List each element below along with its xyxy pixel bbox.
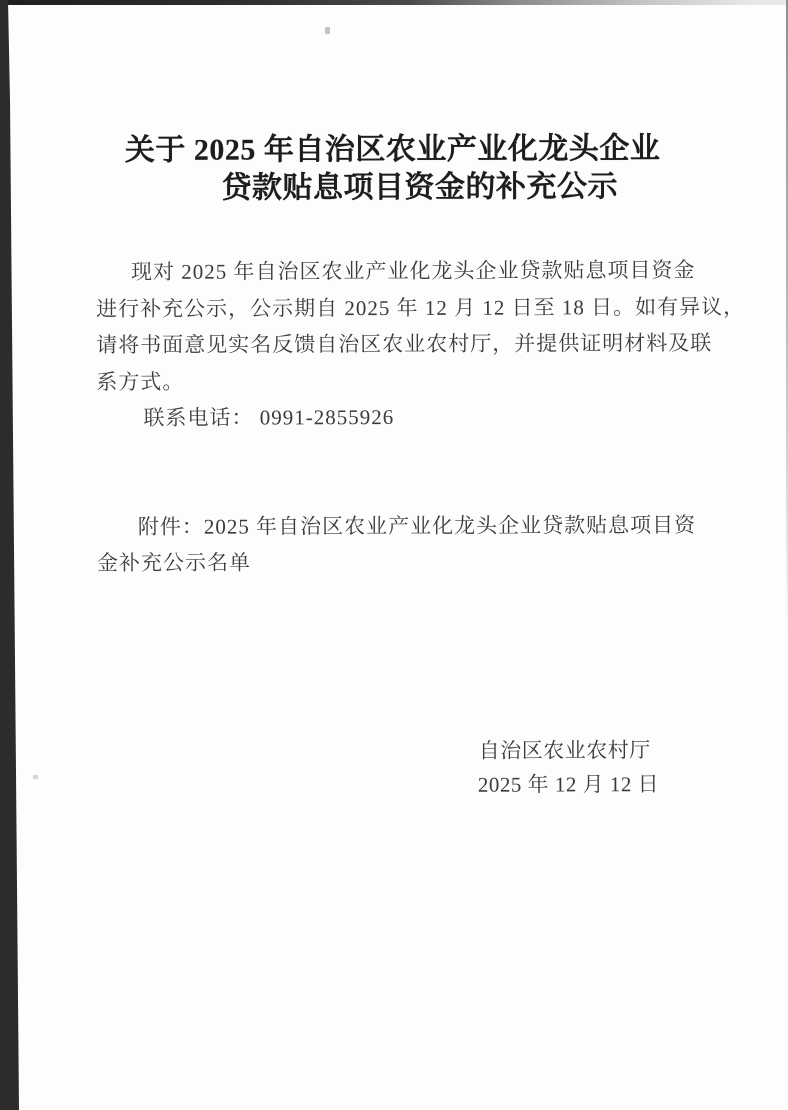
body-line: 进行补充公示，公示期自 2025 年 12 月 12 日至 18 日。如有异议， [96,288,726,327]
attachment-section: 附件：2025 年自治区农业产业化龙头企业贷款贴息项目资 金补充公示名单 [97,508,727,581]
attachment-line-1: 附件：2025 年自治区农业产业化龙头企业贷款贴息项目资 [97,508,727,546]
attachment-line-2: 金补充公示名单 [97,543,727,581]
body-line: 现对 2025 年自治区农业产业化龙头企业贷款贴息项目资金 [96,252,726,291]
signature-date: 2025 年 12 月 12 日 [478,766,659,803]
body-paragraph: 现对 2025 年自治区农业产业化龙头企业贷款贴息项目资金 进行补充公示，公示期… [96,252,727,437]
signature-organization: 自治区农业农村厅 [479,732,651,769]
body-line: 请将书面意见实名反馈自治区农业农村厅，并提供证明材料及联 [96,325,726,364]
body-line: 系方式。 [96,361,726,400]
title-line-1: 关于 2025 年自治区农业产业化龙头企业 [0,130,787,171]
document-title: 关于 2025 年自治区农业产业化龙头企业 贷款贴息项目资金的补充公示 [0,130,787,209]
document-content: 关于 2025 年自治区农业产业化龙头企业 贷款贴息项目资金的补充公示 现对 2… [0,0,788,1110]
title-line-2: 贷款贴息项目资金的补充公示 [26,168,788,209]
contact-phone-line: 联系电话： 0991-2855926 [96,398,726,437]
scanned-document-page: 关于 2025 年自治区农业产业化龙头企业 贷款贴息项目资金的补充公示 现对 2… [0,0,788,1110]
